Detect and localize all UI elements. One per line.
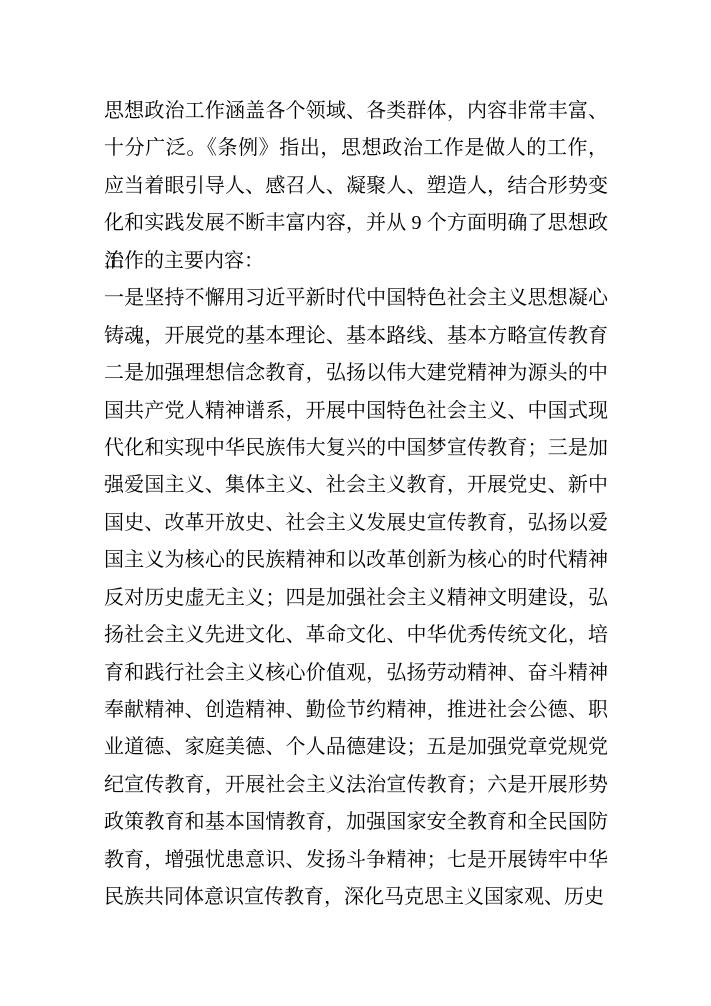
- text-line: 教育，增强忧患意识、发扬斗争精神；七是开展铸牢中华: [104, 842, 608, 879]
- text-line: 十分广泛。《条例》指出，思想政治工作是做人的工作，: [104, 130, 608, 167]
- text-line: 应当着眼引导人、感召人、凝聚人、塑造人，结合形势变: [104, 168, 608, 205]
- text-line: 国史、改革开放史、社会主义发展史宣传教育，弘扬以爱: [104, 505, 608, 542]
- text-line: 二是加强理想信念教育，弘扬以伟大建党精神为源头的中: [104, 355, 608, 392]
- text-line: 国共产党人精神谱系，开展中国特色社会主义、中国式现: [104, 393, 608, 430]
- text-line: 育和践行社会主义核心价值观，弘扬劳动精神、奋斗精神: [104, 655, 608, 692]
- document-text-block: 思想政治工作涵盖各个领域、各类群体，内容非常丰富、 十分广泛。《条例》指出，思想…: [104, 93, 608, 917]
- text-line: 思想政治工作涵盖各个领域、各类群体，内容非常丰富、: [104, 93, 608, 130]
- text-line: 纪宣传教育，开展社会主义法治宣传教育；六是开展形势: [104, 767, 608, 804]
- text-line: 扬社会主义先进文化、革命文化、中华优秀传统文化，培: [104, 617, 608, 654]
- paragraph-1: 思想政治工作涵盖各个领域、各类群体，内容非常丰富、 十分广泛。《条例》指出，思想…: [104, 93, 608, 280]
- text-line: 一是坚持不懈用习近平新时代中国特色社会主义思想凝心: [104, 280, 608, 317]
- text-line: 工作的主要内容：: [104, 243, 608, 280]
- text-line: 业道德、家庭美德、个人品德建设；五是加强党章党规党: [104, 729, 608, 766]
- text-line: 政策教育和基本国情教育，加强国家安全教育和全民国防: [104, 804, 608, 841]
- text-line: 国主义为核心的民族精神和以改革创新为核心的时代精神: [104, 542, 608, 579]
- text-line: 代化和实现中华民族伟大复兴的中国梦宣传教育；三是加: [104, 430, 608, 467]
- text-line: 铸魂，开展党的基本理论、基本路线、基本方略宣传教育: [104, 318, 608, 355]
- text-line: 反对历史虚无主义；四是加强社会主义精神文明建设，弘: [104, 580, 608, 617]
- document-page: 思想政治工作涵盖各个领域、各类群体，内容非常丰富、 十分广泛。《条例》指出，思想…: [0, 0, 711, 1006]
- paragraph-2: 一是坚持不懈用习近平新时代中国特色社会主义思想凝心 铸魂，开展党的基本理论、基本…: [104, 280, 608, 916]
- text-line: 化和实践发展不断丰富内容，并从 9 个方面明确了思想政治: [104, 205, 608, 242]
- text-line: 奉献精神、创造精神、勤俭节约精神，推进社会公德、职: [104, 692, 608, 729]
- text-line: 强爱国主义、集体主义、社会主义教育，开展党史、新中: [104, 467, 608, 504]
- text-line: 民族共同体意识宣传教育，深化马克思主义国家观、历史: [104, 879, 608, 916]
